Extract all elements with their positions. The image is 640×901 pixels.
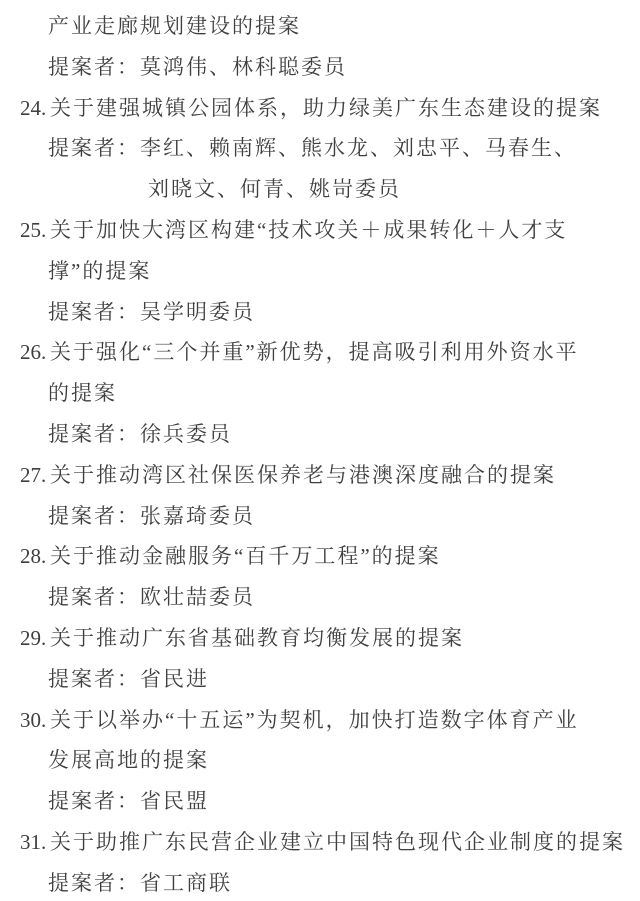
title-text: 关于推动广东省基础教育均衡发展的提案: [50, 626, 464, 650]
title-text: 关于助推广东民营企业建立中国特色现代企业制度的提案: [50, 830, 625, 854]
title-text: 关于推动湾区社保医保养老与港澳深度融合的提案: [50, 463, 556, 487]
proposer-text: 提案者：徐兵委员: [48, 422, 232, 446]
proposer-text: 刘晓文、何青、姚岢委员: [148, 177, 401, 201]
title-line: 31.关于助推广东民营企业建立中国特色现代企业制度的提案: [0, 822, 640, 863]
title-line: 30.关于以举办“十五运”为契机，加快打造数字体育产业: [0, 700, 640, 741]
title-line: 发展高地的提案: [0, 740, 640, 781]
proposer-line: 提案者：省民盟: [0, 781, 640, 822]
title-line: 29.关于推动广东省基础教育均衡发展的提案: [0, 618, 640, 659]
proposal-item: 27.关于推动湾区社保医保养老与港澳深度融合的提案提案者：张嘉琦委员: [0, 455, 640, 537]
title-line: 25.关于加快大湾区构建“技术攻关＋成果转化＋人才支: [0, 210, 640, 251]
title-text: 撑”的提案: [48, 259, 151, 283]
item-number: 29.: [20, 618, 46, 659]
proposer-line: 提案者：省民进: [0, 659, 640, 700]
title-line: 28.关于推动金融服务“百千万工程”的提案: [0, 536, 640, 577]
title-line: 的提案: [0, 373, 640, 414]
title-text: 发展高地的提案: [48, 748, 209, 772]
title-text: 关于推动金融服务“百千万工程”的提案: [50, 544, 441, 568]
proposer-line: 提案者：省工商联: [0, 863, 640, 901]
proposer-line: 提案者：欧壮喆委员: [0, 577, 640, 618]
title-line: 撑”的提案: [0, 251, 640, 292]
title-line: 26.关于强化“三个并重”新优势，提高吸引利用外资水平: [0, 332, 640, 373]
proposal-item: 30.关于以举办“十五运”为契机，加快打造数字体育产业发展高地的提案提案者：省民…: [0, 700, 640, 822]
proposer-text: 提案者：省民盟: [48, 789, 209, 813]
proposer-text: 提案者：省民进: [48, 667, 209, 691]
item-number: 25.: [20, 210, 46, 251]
item-number: 31.: [20, 822, 46, 863]
proposer-line: 提案者：张嘉琦委员: [0, 496, 640, 537]
title-text: 关于以举办“十五运”为契机，加快打造数字体育产业: [50, 708, 579, 732]
proposer-text: 提案者：李红、赖南辉、熊水龙、刘忠平、马春生、: [48, 136, 577, 160]
proposer-line: 提案者：吴学明委员: [0, 292, 640, 333]
proposer-text: 提案者：欧壮喆委员: [48, 585, 255, 609]
proposer-text: 提案者：吴学明委员: [48, 300, 255, 324]
title-text: 产业走廊规划建设的提案: [48, 14, 301, 38]
proposer-text: 提案者：莫鸿伟、林科聪委员: [48, 55, 347, 79]
proposer-line: 提案者：莫鸿伟、林科聪委员: [0, 47, 640, 88]
proposer-text: 提案者：省工商联: [48, 871, 232, 895]
title-line: 产业走廊规划建设的提案: [0, 6, 640, 47]
title-line: 24.关于建强城镇公园体系，助力绿美广东生态建设的提案: [0, 88, 640, 129]
proposal-item: 25.关于加快大湾区构建“技术攻关＋成果转化＋人才支撑”的提案提案者：吴学明委员: [0, 210, 640, 332]
item-number: 26.: [20, 332, 46, 373]
document-page: 产业走廊规划建设的提案提案者：莫鸿伟、林科聪委员24.关于建强城镇公园体系，助力…: [0, 0, 640, 901]
proposer-line: 提案者：李红、赖南辉、熊水龙、刘忠平、马春生、: [0, 128, 640, 169]
item-number: 24.: [20, 88, 46, 129]
proposal-item: 31.关于助推广东民营企业建立中国特色现代企业制度的提案提案者：省工商联: [0, 822, 640, 901]
title-text: 关于强化“三个并重”新优势，提高吸引利用外资水平: [50, 340, 579, 364]
item-number: 30.: [20, 700, 46, 741]
item-number: 27.: [20, 455, 46, 496]
title-text: 的提案: [48, 381, 117, 405]
proposal-item: 29.关于推动广东省基础教育均衡发展的提案提案者：省民进: [0, 618, 640, 700]
proposal-item: 28.关于推动金融服务“百千万工程”的提案提案者：欧壮喆委员: [0, 536, 640, 618]
item-number: 28.: [20, 536, 46, 577]
proposal-item: 24.关于建强城镇公园体系，助力绿美广东生态建设的提案提案者：李红、赖南辉、熊水…: [0, 88, 640, 210]
proposer-line: 提案者：徐兵委员: [0, 414, 640, 455]
proposer-text: 提案者：张嘉琦委员: [48, 504, 255, 528]
proposal-item: 产业走廊规划建设的提案提案者：莫鸿伟、林科聪委员: [0, 6, 640, 88]
title-line: 27.关于推动湾区社保医保养老与港澳深度融合的提案: [0, 455, 640, 496]
proposer-line: 刘晓文、何青、姚岢委员: [0, 169, 640, 210]
proposal-item: 26.关于强化“三个并重”新优势，提高吸引利用外资水平的提案提案者：徐兵委员: [0, 332, 640, 454]
title-text: 关于加快大湾区构建“技术攻关＋成果转化＋人才支: [50, 218, 567, 242]
title-text: 关于建强城镇公园体系，助力绿美广东生态建设的提案: [50, 96, 602, 120]
proposal-list: 产业走廊规划建设的提案提案者：莫鸿伟、林科聪委员24.关于建强城镇公园体系，助力…: [0, 6, 640, 901]
